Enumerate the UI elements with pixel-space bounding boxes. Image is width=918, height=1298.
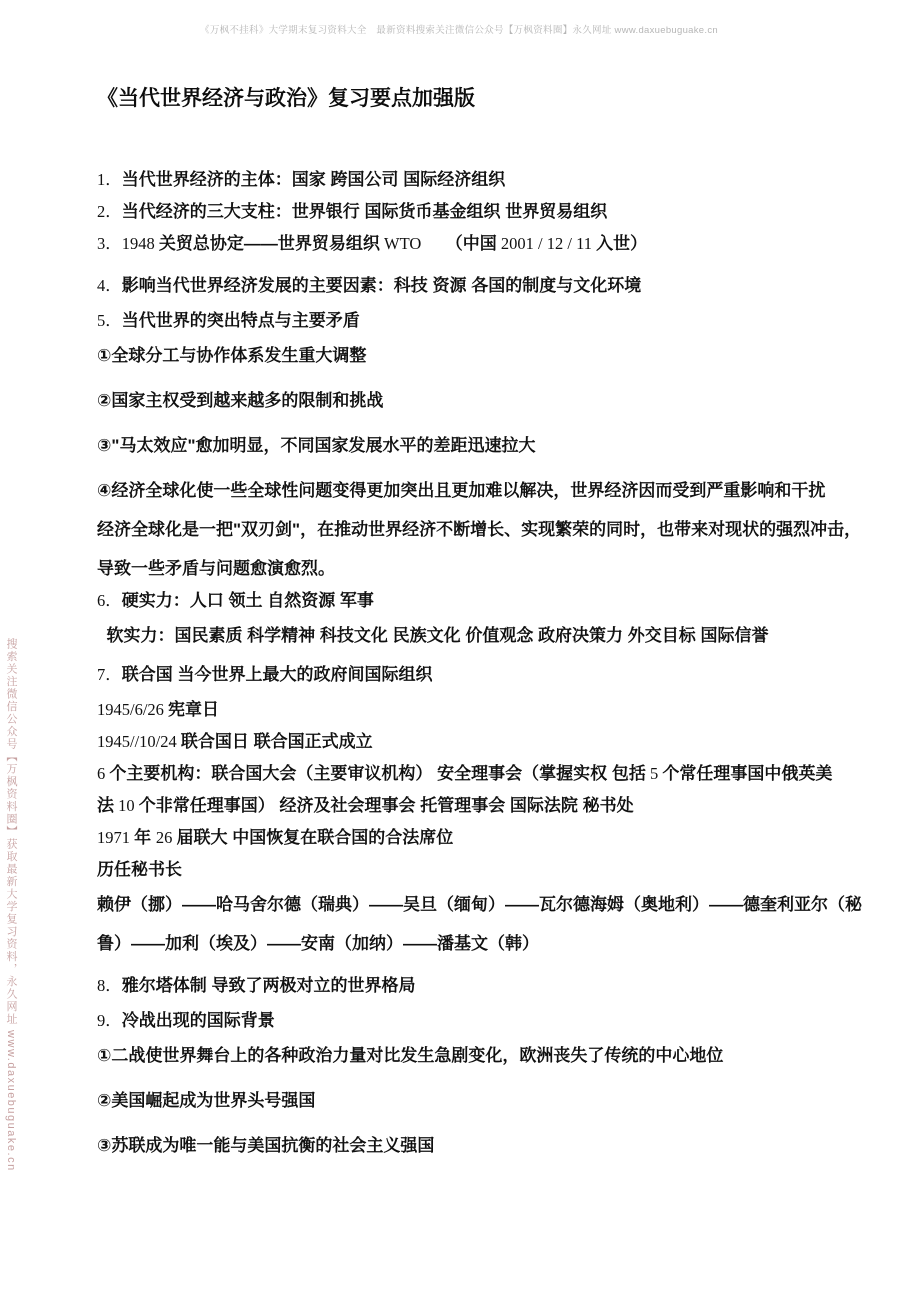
doc-line: 8．雅尔塔体制 导致了两极对立的世界格局 <box>97 975 837 997</box>
doc-line: 6．硬实力：人口 领土 自然资源 军事 <box>97 590 837 612</box>
doc-line: 经济全球化是一把"双刃剑"，在推动世界经济不断增长、实现繁荣的同时，也带来对现状… <box>97 519 837 541</box>
doc-line: ①全球分工与协作体系发生重大调整 <box>97 345 837 367</box>
doc-line: 2．当代经济的三大支柱：世界银行 国际货币基金组织 世界贸易组织 <box>97 201 837 223</box>
doc-line: 法 10 个非常任理事国） 经济及社会理事会 托管理事会 国际法院 秘书处 <box>97 795 837 817</box>
doc-line: ②国家主权受到越来越多的限制和挑战 <box>97 390 837 412</box>
doc-line: 6 个主要机构：联合国大会（主要审议机构） 安全理事会（掌握实权 包括 5 个常… <box>97 763 837 785</box>
doc-line: ②美国崛起成为世界头号强国 <box>97 1090 837 1112</box>
doc-line: ③"马太效应"愈加明显，不同国家发展水平的差距迅速拉大 <box>97 435 837 457</box>
doc-line: 软实力：国民素质 科学精神 科技文化 民族文化 价值观念 政府决策力 外交目标 … <box>97 625 837 647</box>
doc-line: 3．1948 关贸总协定——世界贸易组织 WTO （中国 2001 / 12 /… <box>97 233 837 255</box>
doc-line: 9．冷战出现的国际背景 <box>97 1010 837 1032</box>
doc-line: 历任秘书长 <box>97 859 837 881</box>
left-watermark-text: 搜索关注微信公众号【万枫资料圈】获取最新大学复习资料，永久网址 www.daxu… <box>3 638 19 1172</box>
doc-line: ①二战使世界舞台上的各种政治力量对比发生急剧变化，欧洲丧失了传统的中心地位 <box>97 1045 837 1067</box>
doc-line: ③苏联成为唯一能与美国抗衡的社会主义强国 <box>97 1135 837 1157</box>
doc-line: 1．当代世界经济的主体：国家 跨国公司 国际经济组织 <box>97 169 837 191</box>
doc-line: 赖伊（挪）——哈马舍尔德（瑞典）——吴旦（缅甸）——瓦尔德海姆（奥地利）——德奎… <box>97 894 837 916</box>
doc-line: 导致一些矛盾与问题愈演愈烈。 <box>97 558 837 580</box>
doc-line: ④经济全球化使一些全球性问题变得更加突出且更加难以解决，世界经济因而受到严重影响… <box>97 480 837 502</box>
document-page: 《当代世界经济与政治》复习要点加强版 1．当代世界经济的主体：国家 跨国公司 国… <box>97 85 837 1157</box>
document-body: 1．当代世界经济的主体：国家 跨国公司 国际经济组织2．当代经济的三大支柱：世界… <box>97 169 837 1157</box>
doc-line: 4．影响当代世界经济发展的主要因素：科技 资源 各国的制度与文化环境 <box>97 275 837 297</box>
doc-line: 1945/6/26 宪章日 <box>97 699 837 721</box>
doc-line: 1971 年 26 届联大 中国恢复在联合国的合法席位 <box>97 827 837 849</box>
doc-line: 7．联合国 当今世界上最大的政府间国际组织 <box>97 664 837 686</box>
doc-line: 鲁）——加利（埃及）——安南（加纳）——潘基文（韩） <box>97 933 837 955</box>
document-title: 《当代世界经济与政治》复习要点加强版 <box>97 85 837 113</box>
doc-line: 1945//10/24 联合国日 联合国正式成立 <box>97 731 837 753</box>
page-header-text: 《万枫不挂科》大学期末复习资料大全 最新资料搜索关注微信公众号【万枫资料圈】永久… <box>0 22 918 36</box>
doc-line: 5．当代世界的突出特点与主要矛盾 <box>97 310 837 332</box>
